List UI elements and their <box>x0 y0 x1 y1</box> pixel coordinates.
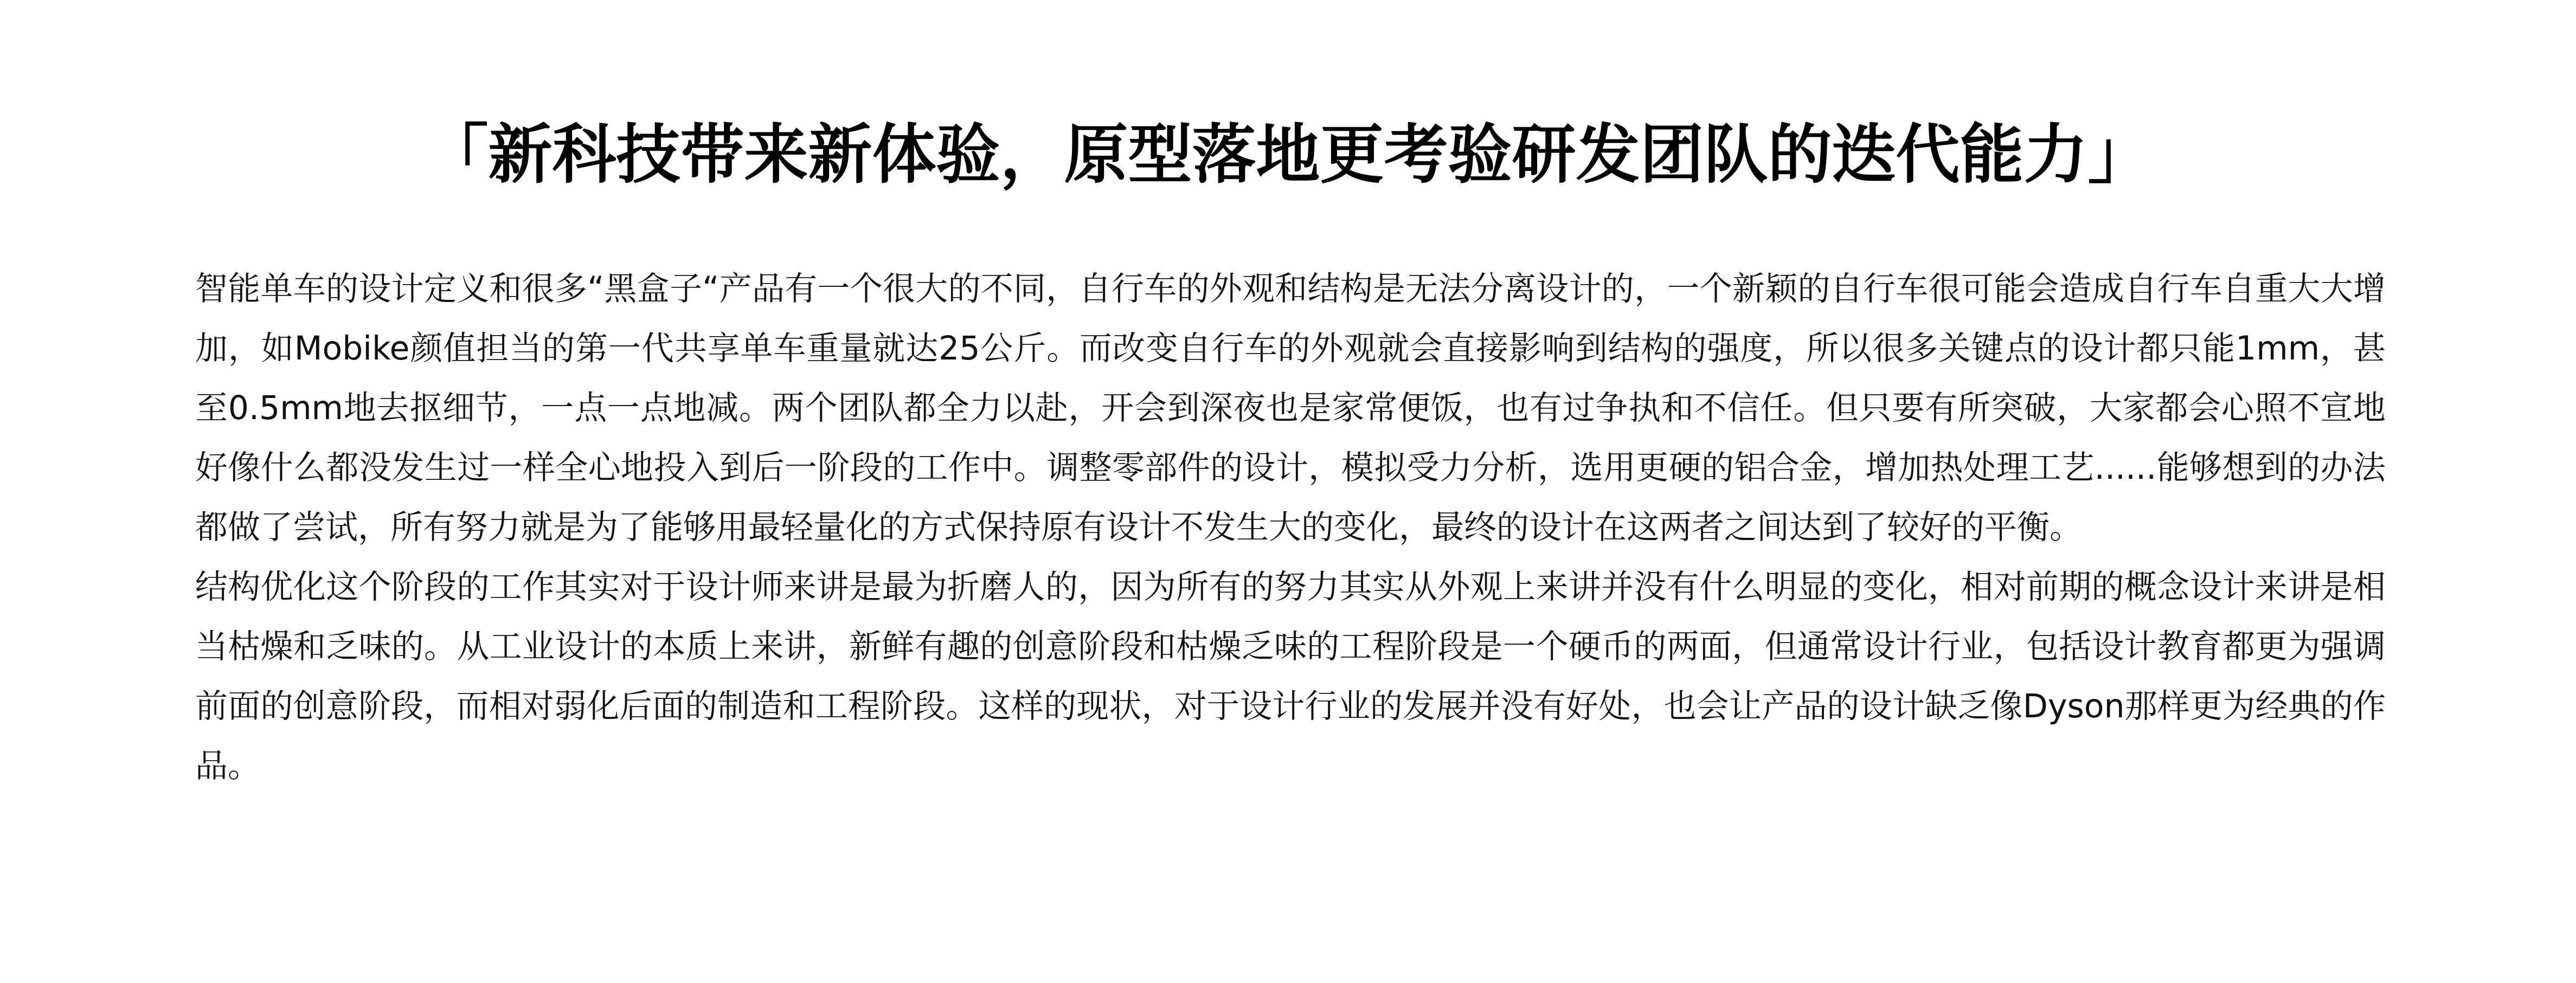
paragraph-1: 智能单车的设计定义和很多“黑盒子“产品有一个很大的不同，自行车的外观和结构是无法… <box>195 259 2386 557</box>
article-body: 智能单车的设计定义和很多“黑盒子“产品有一个很大的不同，自行车的外观和结构是无法… <box>195 259 2386 796</box>
paragraph-2: 结构优化这个阶段的工作其实对于设计师来讲是最为折磨人的，因为所有的努力其实从外观… <box>195 557 2386 796</box>
article-title: 「新科技带来新体验，原型落地更考验研发团队的迭代能力」 <box>0 111 2576 198</box>
